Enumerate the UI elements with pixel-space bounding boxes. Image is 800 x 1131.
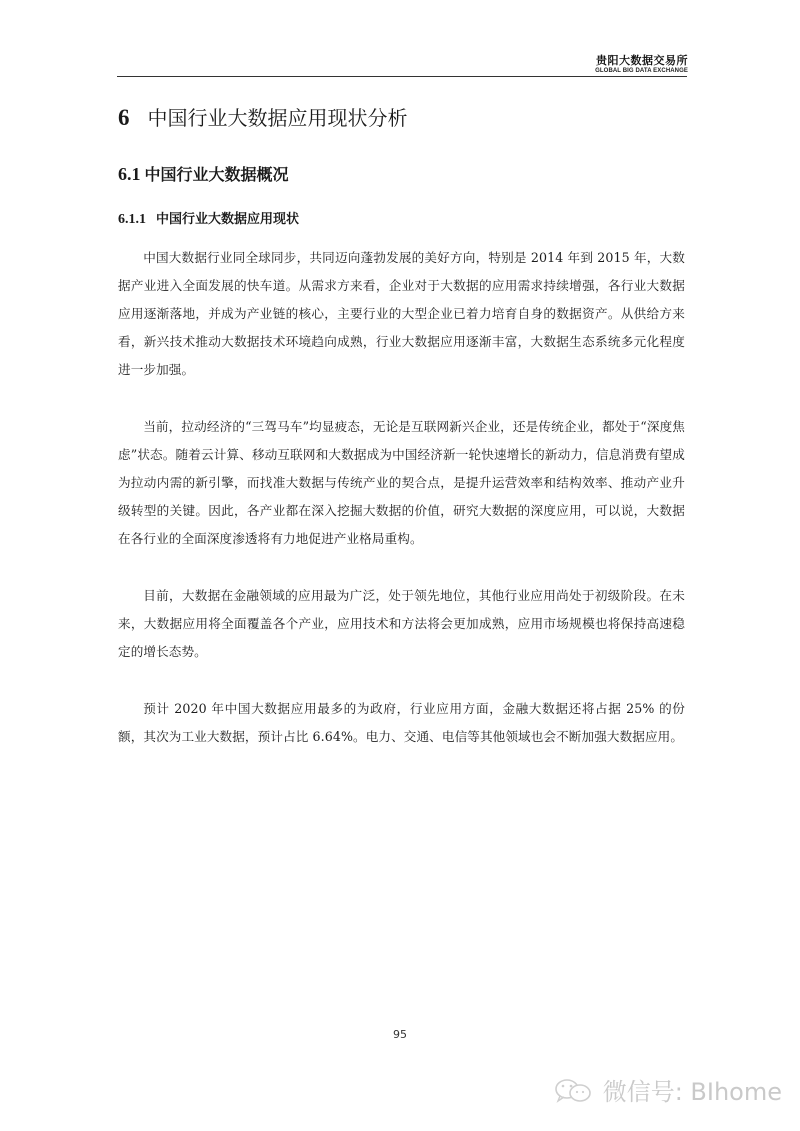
- wechat-icon: [553, 1076, 595, 1104]
- chapter-title: 中国行业大数据应用现状分析: [148, 106, 408, 130]
- header-brand: 贵阳大数据交易所 GLOBAL BIG DATA EXCHANGE: [595, 54, 688, 75]
- section-title: 中国行业大数据概况: [145, 165, 289, 184]
- paragraph-finance-lead: 目前，大数据在金融领域的应用最为广泛，处于领先地位，其他行业应用尚处于初级阶段。…: [118, 582, 685, 666]
- watermark-text: 微信号: BIhome: [603, 1072, 782, 1107]
- watermark: 微信号: BIhome: [553, 1072, 782, 1107]
- subsection-number: 6.1.1: [118, 212, 146, 227]
- section-heading: 6.1中国行业大数据概况: [118, 160, 289, 187]
- paragraph-2020-forecast: 预计 2020 年中国大数据应用最多的为政府，行业应用方面，金融大数据还将占据 …: [118, 695, 685, 751]
- chapter-heading: 6中国行业大数据应用现状分析: [118, 104, 408, 132]
- brand-name-cn: 贵阳大数据交易所: [595, 54, 688, 67]
- paragraph-industry-sync: 中国大数据行业同全球同步，共同迈向蓬勃发展的美好方向，特别是 2014 年到 2…: [118, 244, 685, 384]
- header-divider: [117, 76, 687, 77]
- page-number: 95: [0, 1028, 800, 1041]
- chapter-number: 6: [118, 105, 130, 130]
- section-number: 6.1: [118, 164, 141, 184]
- subsection-heading: 6.1.1中国行业大数据应用现状: [118, 207, 299, 230]
- subsection-title: 中国行业大数据应用现状: [156, 212, 299, 227]
- brand-name-en: GLOBAL BIG DATA EXCHANGE: [595, 67, 688, 75]
- paragraph-economic-drivers: 当前，拉动经济的“三驾马车”均显疲态，无论是互联网新兴企业，还是传统企业，都处于…: [118, 413, 685, 553]
